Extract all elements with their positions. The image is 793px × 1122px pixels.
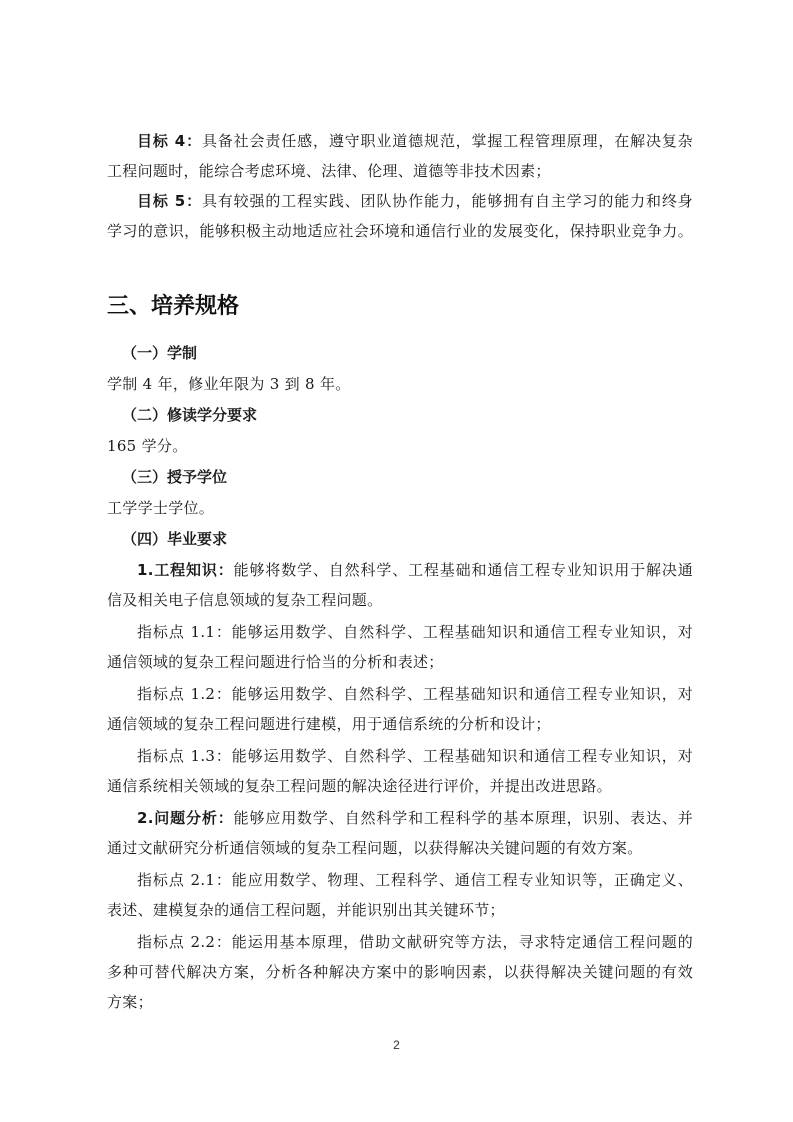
requirement-label: 2.问题分析： [137, 809, 234, 827]
indicator-1-2-line-2: 通信领域的复杂工程问题进行建模，用于通信系统的分析和设计； [107, 714, 551, 734]
subsection-title-graduation: （四）毕业要求 [122, 529, 227, 549]
indicator-2-2-line-2: 多种可替代解决方案，分析各种解决方案中的影响因素，以获得解决关键问题的有效 [107, 962, 693, 982]
subsection-title-duration: （一）学制 [122, 343, 197, 363]
indicator-label: 指标点 1.2： [137, 685, 232, 703]
indicator-2-1-line-1: 指标点 2.1：能应用数学、物理、工程科学、通信工程专业知识等，正确定义、 [137, 870, 693, 890]
section-title: 三、培养规格 [107, 294, 239, 320]
requirement-text: 能够将数学、自然科学、工程基础和通信工程专业知识用于解决通 [234, 561, 693, 579]
goal-5-line-2: 学习的意识，能够积极主动地适应社会环境和通信行业的发展变化，保持职业竞争力。 [107, 221, 693, 241]
requirement-label: 1.工程知识： [137, 561, 234, 579]
indicator-2-1-line-2: 表述、建模复杂的通信工程问题，并能识别出其关键环节； [107, 900, 505, 920]
indicator-text: 能够运用数学、自然科学、工程基础知识和通信工程专业知识，对 [232, 685, 693, 703]
indicator-1-3-line-1: 指标点 1.3：能够运用数学、自然科学、工程基础知识和通信工程专业知识，对 [137, 746, 693, 766]
subsection-title-degree: （三）授予学位 [122, 467, 227, 487]
indicator-2-2-line-1: 指标点 2.2：能运用基本原理，借助文献研究等方法，寻求特定通信工程问题的 [137, 932, 693, 952]
indicator-label: 指标点 2.2： [137, 933, 232, 951]
goal-5-line-1: 目标 5：具有较强的工程实践、团队协作能力，能够拥有自主学习的能力和终身 [137, 191, 693, 211]
indicator-1-1-line-2: 通信领域的复杂工程问题进行恰当的分析和表述； [107, 652, 444, 672]
goal-text: 具有较强的工程实践、团队协作能力，能够拥有自主学习的能力和终身 [202, 192, 693, 210]
page-number: 2 [0, 1038, 793, 1052]
subsection-body-credits: 165 学分。 [107, 436, 188, 456]
indicator-1-3-line-2: 通信系统相关领域的复杂工程问题的解决途径进行评价，并提出改进思路。 [107, 776, 612, 796]
goal-4-line-2: 工程问题时，能综合考虑环境、法律、伦理、道德等非技术因素； [107, 161, 551, 181]
indicator-2-2-line-3: 方案； [107, 992, 153, 1012]
indicator-label: 指标点 2.1： [137, 871, 232, 889]
indicator-text: 能够运用数学、自然科学、工程基础知识和通信工程专业知识，对 [232, 747, 693, 765]
indicator-label: 指标点 1.3： [137, 747, 232, 765]
goal-text: 具备社会责任感，遵守职业道德规范，掌握工程管理原理，在解决复杂 [202, 132, 693, 150]
goal-label: 目标 4： [137, 132, 202, 150]
goal-4-line-1: 目标 4：具备社会责任感，遵守职业道德规范，掌握工程管理原理，在解决复杂 [137, 131, 693, 151]
indicator-1-2-line-1: 指标点 1.2：能够运用数学、自然科学、工程基础知识和通信工程专业知识，对 [137, 684, 693, 704]
indicator-text: 能够运用数学、自然科学、工程基础知识和通信工程专业知识，对 [232, 623, 693, 641]
indicator-text: 能应用数学、物理、工程科学、通信工程专业知识等，正确定义、 [232, 871, 693, 889]
requirement-text: 能够应用数学、自然科学和工程科学的基本原理，识别、表达、并 [234, 809, 693, 827]
requirement-1-line-1: 1.工程知识：能够将数学、自然科学、工程基础和通信工程专业知识用于解决通 [137, 560, 693, 580]
subsection-title-credits: （二）修读学分要求 [122, 405, 257, 425]
requirement-2-line-2: 通过文献研究分析通信领域的复杂工程问题，以获得解决关键问题的有效方案。 [107, 838, 643, 858]
goal-label: 目标 5： [137, 192, 202, 210]
requirement-2-line-1: 2.问题分析：能够应用数学、自然科学和工程科学的基本原理，识别、表达、并 [137, 808, 693, 828]
subsection-body-degree: 工学学士学位。 [107, 498, 214, 518]
requirement-1-line-2: 信及相关电子信息领域的复杂工程问题。 [107, 590, 382, 610]
indicator-label: 指标点 1.1： [137, 623, 232, 641]
indicator-text: 能运用基本原理，借助文献研究等方法，寻求特定通信工程问题的 [232, 933, 693, 951]
indicator-1-1-line-1: 指标点 1.1：能够运用数学、自然科学、工程基础知识和通信工程专业知识，对 [137, 622, 693, 642]
subsection-body-duration: 学制 4 年，修业年限为 3 到 8 年。 [107, 374, 351, 394]
